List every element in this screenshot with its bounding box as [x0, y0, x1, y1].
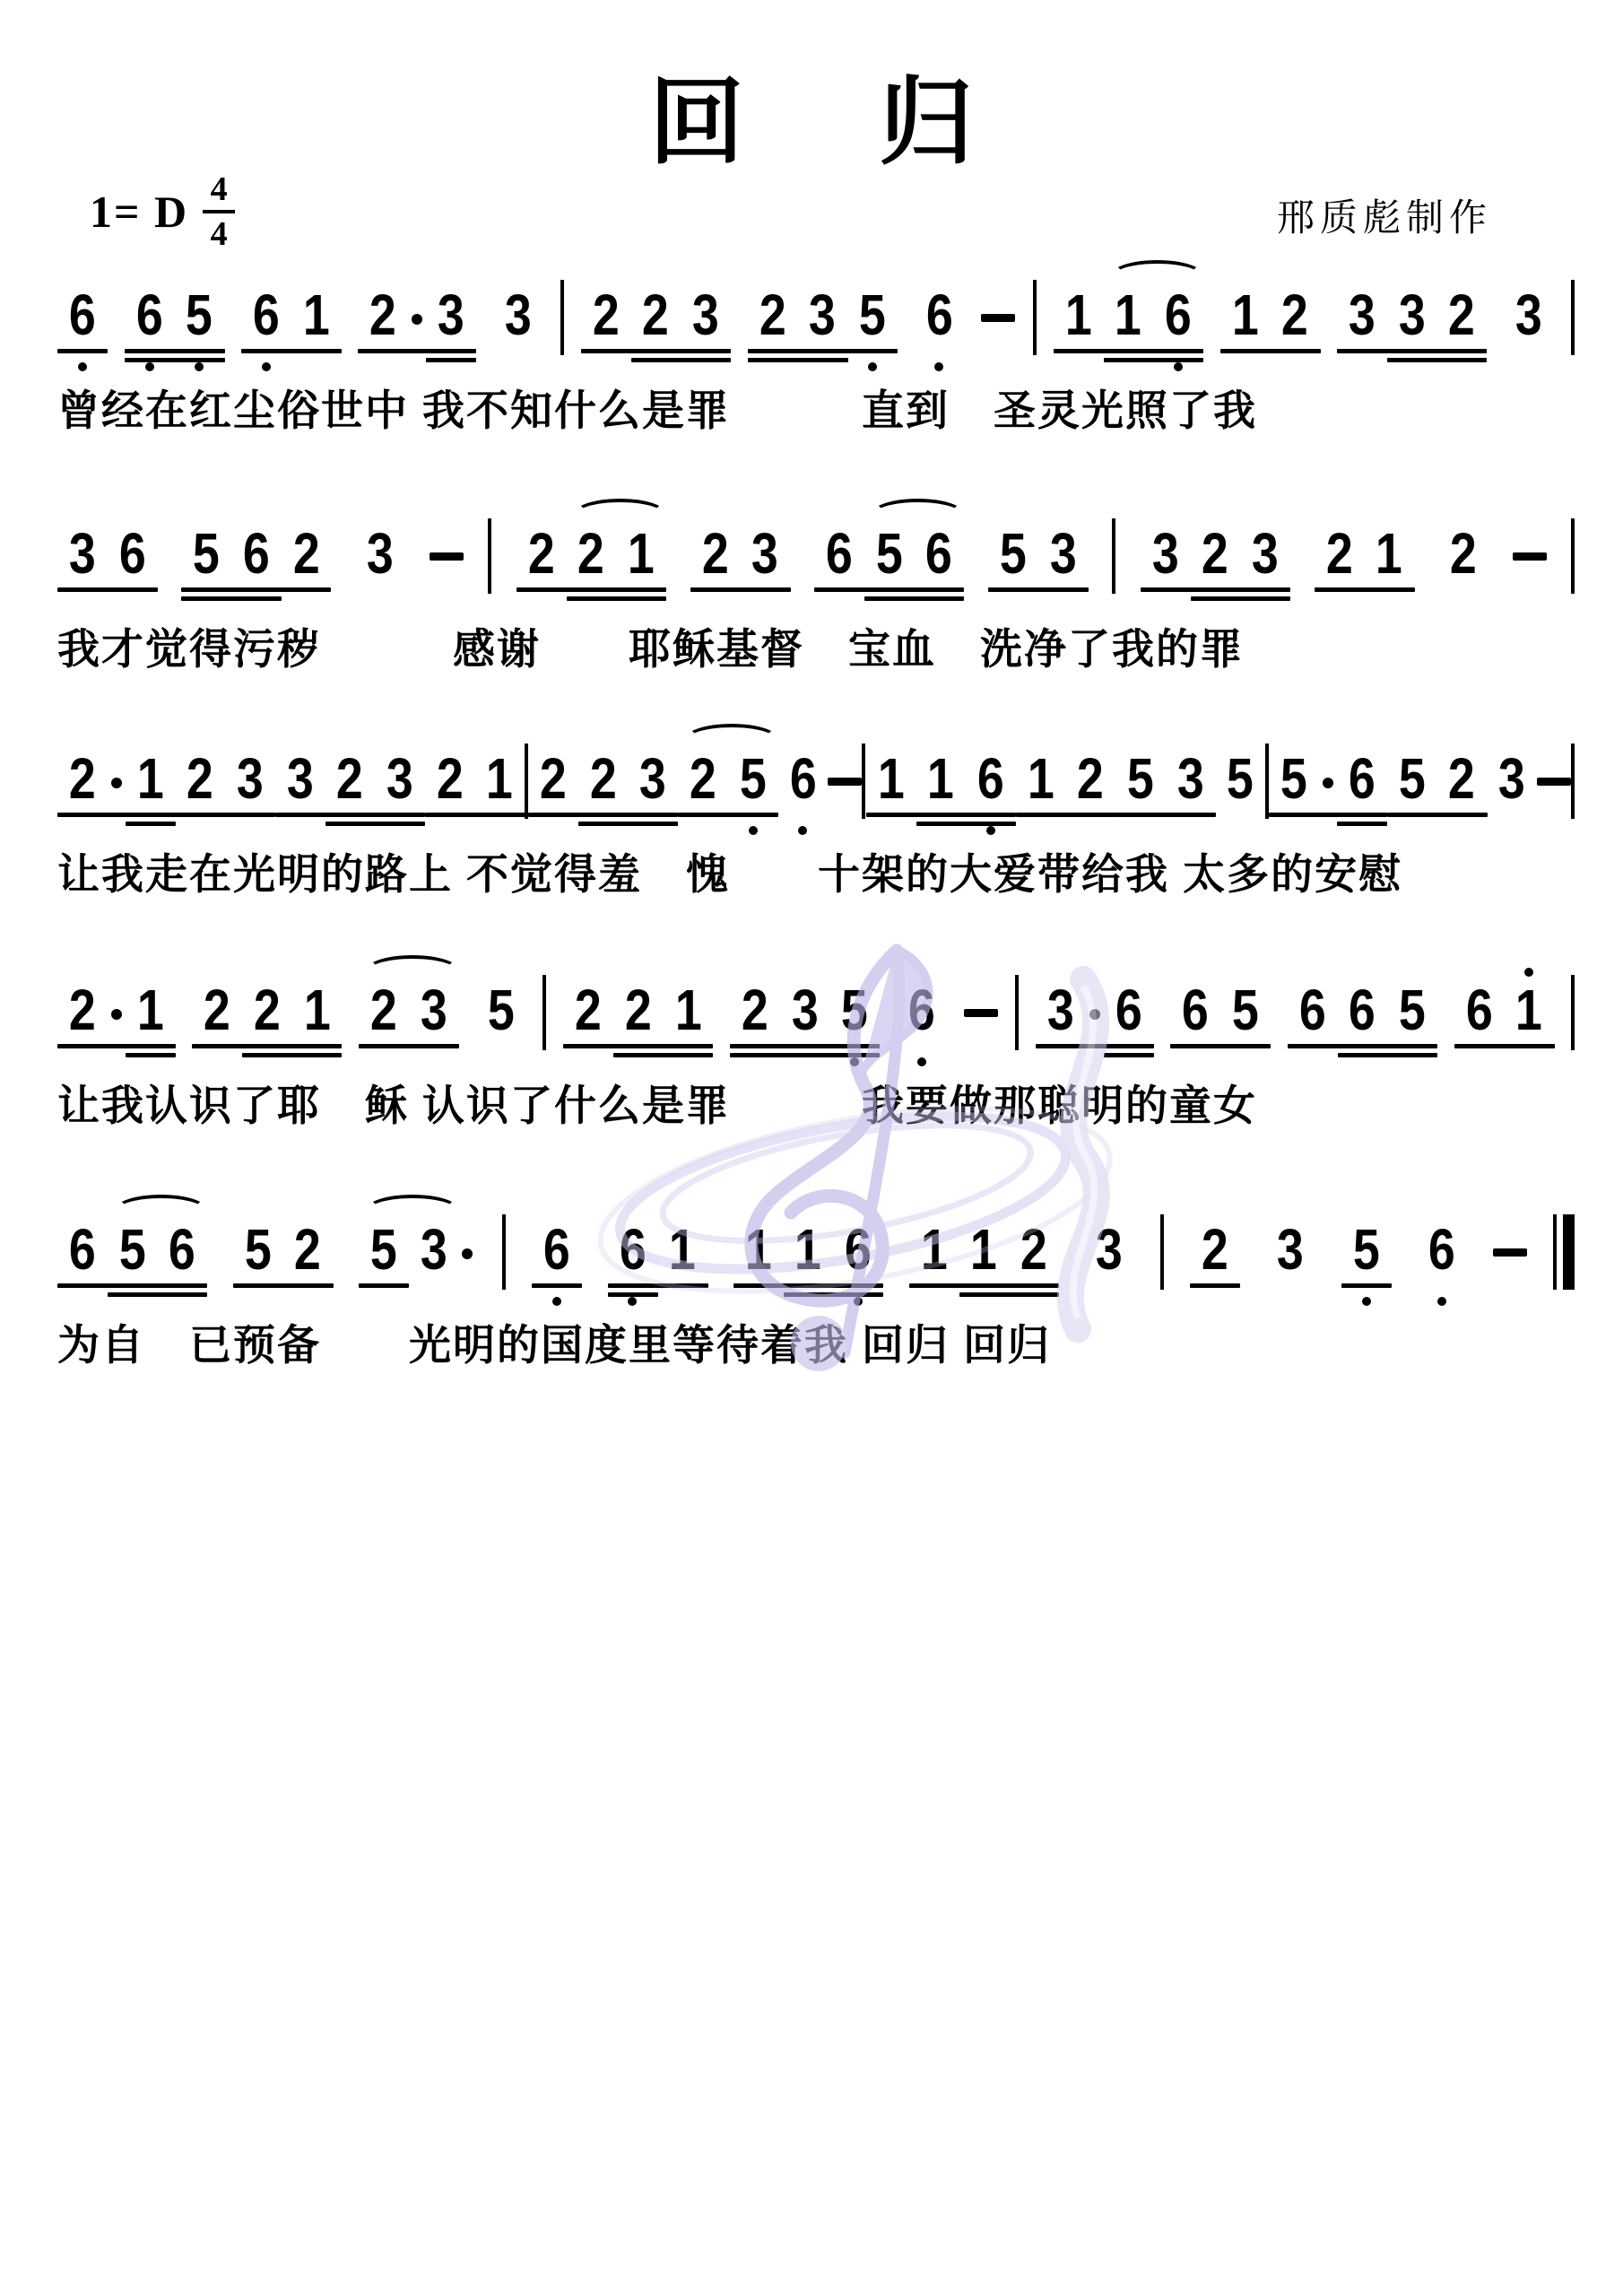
- note-digit: 6: [543, 1220, 570, 1279]
- note-token: 6: [241, 285, 291, 344]
- note-group: 3: [1504, 285, 1554, 377]
- beam-line-1: [1341, 1283, 1392, 1288]
- note-group: 221: [563, 980, 713, 1072]
- beam-line-2: [108, 1292, 207, 1297]
- note-group: 3: [493, 285, 543, 377]
- note-digit: 2: [437, 749, 464, 808]
- note-digit: 2: [690, 749, 716, 808]
- barline: [542, 975, 546, 1050]
- note-group: 12: [1220, 285, 1320, 377]
- barline: [502, 1214, 506, 1290]
- note-digit: 1: [1027, 749, 1054, 808]
- note-token: 2: [425, 749, 475, 808]
- note-token: 6: [833, 1220, 883, 1279]
- note-token: 5: [174, 285, 224, 344]
- note-token: 2: [282, 524, 332, 583]
- beam-line-1: [528, 813, 678, 817]
- beam-line-1: [748, 349, 898, 353]
- beam-line-1: [1054, 349, 1203, 353]
- note-token: 2: [358, 285, 408, 344]
- note-token: 3: [57, 524, 108, 583]
- note-digit: 6: [1349, 749, 1376, 808]
- note-digit: 6: [826, 524, 853, 583]
- note-token: 2: [581, 285, 631, 344]
- note-digit: 2: [759, 285, 786, 344]
- note-digit: 5: [740, 749, 767, 808]
- beam-line-1: [241, 349, 342, 353]
- note-token: 5: [108, 1220, 158, 1279]
- beam-line-1: [57, 813, 176, 817]
- note-token: 1: [1103, 285, 1153, 344]
- note-digit: 3: [1349, 285, 1376, 344]
- beam-line-1: [909, 1283, 1059, 1288]
- barline: [1571, 744, 1575, 819]
- duration-dash: [1537, 778, 1571, 786]
- note-group: 5: [476, 980, 526, 1072]
- note-digit: 2: [254, 980, 281, 1039]
- note-token: 1: [664, 980, 714, 1039]
- note-digit: 2: [369, 285, 396, 344]
- beam-line-1: [733, 1283, 883, 1288]
- augmentation-dot-glyph: [462, 1248, 473, 1259]
- barline: [1571, 518, 1575, 594]
- note-digit: 2: [187, 749, 213, 808]
- beam-line-1: [359, 1283, 409, 1288]
- beam-line-2: [1387, 358, 1487, 362]
- octave-dot-below: [1362, 1297, 1371, 1306]
- slur-arc: [115, 1195, 207, 1225]
- note-digit: 1: [1515, 980, 1542, 1039]
- beam-line-2: [916, 822, 1016, 826]
- score-area: 665612332232356116123323曾经在红尘俗世中 我不知什么是罪…: [0, 0, 1623, 2296]
- note-token: 6: [966, 749, 1016, 808]
- note-group: 5: [1215, 749, 1265, 840]
- beam-line-1: [866, 813, 1016, 817]
- note-token: 1: [292, 980, 343, 1039]
- beam-line-1: [814, 587, 964, 592]
- note-token: 2: [175, 749, 225, 808]
- barline: [1015, 975, 1019, 1050]
- note-digit: 2: [294, 1220, 321, 1279]
- beam-line-1: [233, 1283, 334, 1288]
- note-token: 2: [359, 980, 409, 1039]
- note-token: 2: [1065, 749, 1115, 808]
- note-digit: 1: [674, 980, 701, 1039]
- note-digit: 1: [303, 285, 330, 344]
- note-digit: 6: [977, 749, 1004, 808]
- note-token: 1: [916, 749, 966, 808]
- note-digit: 2: [1202, 524, 1228, 583]
- note-token: 2: [282, 1220, 333, 1279]
- beam-line-2: [1337, 822, 1387, 826]
- note-group: 3: [1265, 1220, 1315, 1311]
- note-digit: 5: [186, 285, 213, 344]
- note-group: 52: [1387, 749, 1487, 840]
- note-token: 1: [474, 749, 525, 808]
- beam-line-1: [1288, 1044, 1437, 1048]
- note-digit: 6: [1182, 980, 1209, 1039]
- note-digit: 3: [367, 524, 394, 583]
- note-token: 2: [1436, 285, 1487, 344]
- note-digit: 3: [751, 524, 778, 583]
- note-group: 65: [1170, 980, 1270, 1072]
- note-token: 1: [291, 285, 342, 344]
- note-token: 2: [678, 749, 728, 808]
- beam-line-1: [425, 813, 525, 817]
- note-token: 3: [1487, 749, 1537, 808]
- final-barline-thin: [1553, 1214, 1557, 1290]
- note-digit: 1: [877, 749, 904, 808]
- note-token: 1: [866, 749, 916, 808]
- note-token: 3: [1084, 1220, 1134, 1279]
- note-token: 6: [1170, 980, 1220, 1039]
- note-group: 332: [1337, 285, 1487, 377]
- augmentation-dot-glyph: [1089, 1009, 1100, 1020]
- note-group: 36: [57, 524, 157, 615]
- note-digit: 6: [1428, 1220, 1455, 1279]
- note-digit: 6: [69, 1220, 96, 1279]
- note-token: 5: [728, 749, 778, 808]
- note-digit: 2: [590, 749, 617, 808]
- note-digit: 3: [1047, 980, 1074, 1039]
- note-token: 6: [1104, 980, 1154, 1039]
- barline: [560, 280, 564, 355]
- note-digit: 3: [692, 285, 719, 344]
- note-digit: 1: [136, 749, 163, 808]
- note-group: 223: [528, 749, 678, 840]
- note-digit: 5: [875, 524, 902, 583]
- beam-line-2: [1104, 358, 1203, 362]
- note-group: 23: [359, 980, 458, 1072]
- augmentation-dot: [1319, 749, 1337, 808]
- note-group: 21: [57, 749, 175, 840]
- lyrics-line: 让我走在光明的路上 不觉得羞 愧 十架的大爱带给我 太多的安慰: [57, 849, 1402, 900]
- note-token: 3: [797, 285, 847, 344]
- note-digit: 6: [1466, 980, 1493, 1039]
- note-token: 2: [57, 749, 108, 808]
- note-digit: 2: [540, 749, 567, 808]
- note-group: 116: [733, 1220, 883, 1311]
- note-token: 5: [181, 524, 231, 583]
- note-group: 53: [988, 524, 1088, 615]
- beam-line-1: [690, 587, 791, 592]
- augmentation-dot: [408, 285, 426, 344]
- note-token: 2: [325, 749, 375, 808]
- duration-dash: [430, 552, 464, 561]
- note-token: 6: [1337, 980, 1387, 1039]
- note-group: 53: [1115, 749, 1215, 840]
- beam-line-1: [1036, 1044, 1154, 1048]
- note-group: 23: [175, 749, 274, 840]
- octave-dot-below: [628, 1297, 637, 1306]
- note-digit: 2: [1281, 285, 1308, 344]
- note-token: 2: [1315, 524, 1365, 583]
- note-group: 323: [1141, 524, 1290, 615]
- octave-dot-below: [1437, 1297, 1446, 1306]
- duration-dash: [1513, 552, 1547, 561]
- octave-dot-below: [798, 826, 807, 835]
- note-digit: 1: [628, 524, 655, 583]
- duration-dash: [1493, 1248, 1527, 1257]
- note-token: 6: [532, 1220, 582, 1279]
- note-group: 221: [192, 980, 342, 1072]
- note-token: 6: [914, 524, 964, 583]
- note-digit: 5: [1227, 749, 1254, 808]
- octave-dot-above: [1524, 968, 1533, 977]
- note-token: 1: [733, 1220, 784, 1279]
- note-token: 2: [613, 980, 664, 1039]
- note-token: 3: [1240, 524, 1290, 583]
- note-token: 2: [192, 980, 242, 1039]
- note-group: 223: [581, 285, 731, 377]
- beam-line-2: [242, 1053, 342, 1057]
- beam-line-1: [57, 349, 108, 353]
- notation-line: 212212352212356366566561: [57, 980, 1575, 1072]
- note-group: 5: [1341, 1220, 1392, 1311]
- note-digit: 5: [193, 524, 220, 583]
- note-token: 5: [1269, 749, 1319, 808]
- augmentation-dot: [458, 1220, 476, 1279]
- note-digit: 2: [204, 980, 230, 1039]
- note-digit: 3: [237, 749, 264, 808]
- note-group: 665: [1288, 980, 1437, 1072]
- octave-dot-below: [552, 1297, 561, 1306]
- note-digit: 3: [386, 749, 413, 808]
- beam-line-1: [57, 1283, 207, 1288]
- beam-line-1: [532, 1283, 582, 1288]
- note-token: 6: [57, 285, 108, 344]
- note-token: 5: [1341, 1220, 1392, 1279]
- beam-line-1: [516, 587, 666, 592]
- note-group: 6: [1417, 1220, 1467, 1311]
- note-token: 1: [1504, 980, 1554, 1039]
- beam-line-1: [359, 1044, 459, 1048]
- note-group: 6: [915, 285, 965, 377]
- beam-line-1: [1387, 813, 1488, 817]
- barline: [1112, 518, 1115, 594]
- note-token: 3: [409, 1220, 459, 1279]
- note-group: 61: [241, 285, 341, 377]
- note-token: 2: [57, 980, 108, 1039]
- note-digit: 6: [925, 524, 952, 583]
- note-token: 3: [740, 524, 790, 583]
- note-digit: 3: [792, 980, 819, 1039]
- note-digit: 1: [920, 1220, 947, 1279]
- note-digit: 3: [809, 285, 836, 344]
- note-token: 6: [157, 1220, 207, 1279]
- note-token: 1: [126, 749, 176, 808]
- beam-line-1: [730, 1044, 880, 1048]
- note-token: 2: [516, 524, 567, 583]
- note-digit: 2: [69, 749, 96, 808]
- note-token: 1: [1016, 749, 1066, 808]
- note-token: 6: [814, 524, 864, 583]
- note-token: 1: [1054, 285, 1104, 344]
- note-token: 2: [242, 980, 292, 1039]
- slur-arc: [574, 499, 666, 529]
- beam-line-1: [581, 349, 731, 353]
- note-group: 2: [1438, 524, 1488, 615]
- beam-line-1: [192, 1044, 342, 1048]
- octave-dot-below: [868, 362, 877, 371]
- note-token: 5: [864, 524, 915, 583]
- note-digit: 2: [69, 980, 96, 1039]
- note-digit: 1: [1232, 285, 1259, 344]
- notation-line: 665612332232356116123323: [57, 285, 1575, 377]
- note-group: 6: [532, 1220, 582, 1311]
- notation-line: 656525366111611232356: [57, 1220, 1575, 1311]
- note-digit: 2: [1020, 1220, 1047, 1279]
- note-group: 23: [690, 524, 790, 615]
- note-digit: 6: [908, 980, 935, 1039]
- note-token: 2: [578, 749, 629, 808]
- note-token: 1: [126, 980, 176, 1039]
- note-token: 3: [1166, 749, 1216, 808]
- beam-line-1: [1115, 813, 1216, 817]
- note-token: 6: [1288, 980, 1338, 1039]
- octave-dot-below: [986, 826, 995, 835]
- note-digit: 2: [527, 524, 554, 583]
- note-group: 3: [1487, 749, 1537, 840]
- beam-line-1: [1220, 349, 1321, 353]
- duration-dash: [964, 1009, 998, 1017]
- note-token: 2: [690, 524, 741, 583]
- beam-line-2: [126, 822, 176, 826]
- note-digit: 6: [1299, 980, 1326, 1039]
- note-digit: 6: [136, 285, 163, 344]
- beam-line-1: [275, 813, 425, 817]
- note-digit: 1: [1376, 524, 1402, 583]
- note-token: 3: [1504, 285, 1554, 344]
- note-digit: 2: [1448, 285, 1475, 344]
- note-token: 3: [375, 749, 425, 808]
- note-digit: 5: [1353, 1220, 1380, 1279]
- note-digit: 6: [926, 285, 953, 344]
- note-token: 3: [780, 980, 830, 1039]
- augmentation-dot: [1086, 980, 1104, 1039]
- note-digit: 5: [245, 1220, 272, 1279]
- note-digit: 6: [1165, 285, 1192, 344]
- note-digit: 1: [303, 980, 330, 1039]
- beam-line-1: [1454, 1044, 1555, 1048]
- note-group: 6: [57, 285, 108, 377]
- note-token: 3: [1038, 524, 1089, 583]
- note-token: 3: [1036, 980, 1086, 1039]
- augmentation-dot-glyph: [412, 314, 422, 325]
- note-group: 61: [1454, 980, 1554, 1072]
- note-digit: 2: [701, 524, 728, 583]
- note-digit: 6: [619, 1220, 646, 1279]
- note-group: 116: [866, 749, 1016, 840]
- note-digit: 1: [486, 749, 513, 808]
- note-group: 21: [57, 980, 175, 1072]
- note-digit: 6: [169, 1220, 195, 1279]
- note-digit: 3: [1515, 285, 1542, 344]
- beam-line-2: [864, 596, 964, 601]
- beam-line-1: [988, 587, 1089, 592]
- note-token: 6: [778, 749, 829, 808]
- note-token: 6: [1454, 980, 1505, 1039]
- lyrics-line: 为自 已预备 光明的国度里等待着我 回归 回归: [57, 1320, 1051, 1370]
- note-digit: 1: [136, 980, 163, 1039]
- barline: [488, 518, 491, 594]
- slur-arc: [1111, 260, 1203, 291]
- note-digit: 2: [742, 980, 768, 1039]
- note-digit: 2: [577, 524, 604, 583]
- note-token: 3: [355, 524, 405, 583]
- note-digit: 6: [1349, 980, 1376, 1039]
- note-token: 1: [1220, 285, 1271, 344]
- barline: [1160, 1214, 1164, 1290]
- note-digit: 6: [789, 749, 816, 808]
- note-token: 2: [730, 980, 780, 1039]
- duration-dash: [828, 778, 862, 786]
- notation-line: 3656232212365653323212: [57, 524, 1575, 615]
- beam-line-1: [563, 1044, 713, 1048]
- note-token: 2: [566, 524, 616, 583]
- note-group: 65: [125, 285, 224, 377]
- beam-line-1: [57, 1044, 176, 1048]
- beam-line-2: [631, 358, 731, 362]
- note-digit: 1: [970, 1220, 997, 1279]
- note-digit: 3: [1277, 1220, 1304, 1279]
- augmentation-dot: [108, 980, 126, 1039]
- note-token: 5: [1220, 980, 1271, 1039]
- note-digit: 5: [118, 1220, 145, 1279]
- note-digit: 1: [927, 749, 954, 808]
- note-token: 3: [225, 749, 275, 808]
- note-token: 5: [1387, 749, 1437, 808]
- note-digit: 2: [370, 980, 397, 1039]
- note-group: 56: [1269, 749, 1386, 840]
- note-group: 656: [57, 1220, 207, 1311]
- note-group: 6: [778, 749, 829, 840]
- duration-dash: [981, 314, 1015, 322]
- beam-line-2: [126, 1053, 176, 1057]
- note-digit: 5: [1399, 980, 1426, 1039]
- note-token: 2: [748, 285, 798, 344]
- octave-dot-below: [854, 1297, 863, 1306]
- note-digit: 6: [118, 524, 145, 583]
- note-digit: 3: [1176, 749, 1203, 808]
- beam-line-2: [748, 358, 848, 362]
- note-group: 12: [1016, 749, 1115, 840]
- beam-line-1: [175, 813, 275, 817]
- note-digit: 3: [1096, 1220, 1123, 1279]
- note-group: 562: [181, 524, 331, 615]
- note-token: 2: [1009, 1220, 1059, 1279]
- note-token: 1: [909, 1220, 959, 1279]
- note-digit: 5: [1280, 749, 1307, 808]
- note-digit: 6: [243, 524, 270, 583]
- note-group: 21: [425, 749, 525, 840]
- note-token: 6: [231, 524, 282, 583]
- note-digit: 5: [1398, 749, 1425, 808]
- note-digit: 2: [575, 980, 602, 1039]
- note-group: 21: [1315, 524, 1414, 615]
- note-digit: 3: [420, 1220, 447, 1279]
- octave-dot-below: [78, 362, 87, 371]
- note-digit: 5: [1232, 980, 1259, 1039]
- sheet-music-page: 回 归 1= D 4 4 邢质彪制作 665612332232356116123…: [0, 0, 1623, 2296]
- note-digit: 3: [1498, 749, 1525, 808]
- note-digit: 6: [69, 285, 96, 344]
- beam-line-2: [1338, 1053, 1437, 1057]
- slur-arc: [366, 955, 459, 986]
- note-token: 3: [426, 285, 476, 344]
- note-token: 2: [528, 749, 578, 808]
- note-digit: 3: [639, 749, 666, 808]
